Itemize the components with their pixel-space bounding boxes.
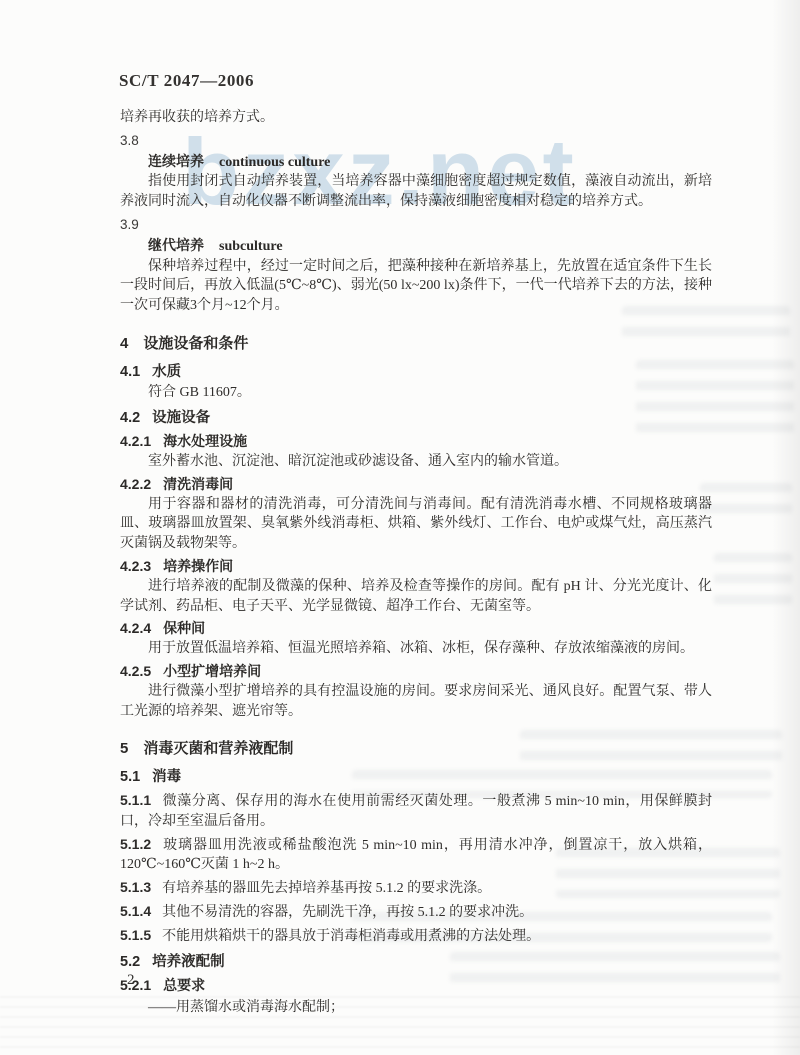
- clause-4.2: 4.2设施设备: [120, 409, 712, 429]
- txt: 设施设备: [152, 410, 210, 426]
- txt: 清洗消毒间: [163, 476, 233, 492]
- clause-4.2.2: 4.2.2清洗消毒间: [120, 475, 712, 495]
- num: 5.1.1: [120, 792, 151, 808]
- clause-4.2.4: 4.2.4保种间: [120, 619, 712, 639]
- clause-5.2: 5.2培养液配制: [120, 953, 712, 973]
- txt: 总要求: [163, 977, 205, 993]
- clause-5.1.5: 5.1.5不能用烘箱烘干的器具放于消毒柜消毒或用煮沸的方法处理。: [120, 926, 712, 947]
- standard-number-header: SC/T 2047—2006: [119, 71, 254, 91]
- txt: 保种间: [163, 620, 205, 636]
- txt: 有培养基的器皿先去掉培养基再按 5.1.2 的要求洗涤。: [162, 881, 491, 896]
- txt: 玻璃器皿用洗液或稀盐酸泡洗 5 min~10 min，再用清水冲净，倒置凉干，放…: [120, 838, 712, 873]
- clause-4: 4设施设备和条件: [120, 334, 712, 354]
- num: 5.1.3: [120, 879, 151, 895]
- num: 4.2: [120, 410, 140, 426]
- num: 4.2.4: [120, 620, 151, 636]
- num: 4.2.5: [120, 663, 151, 679]
- txt: 不能用烘箱烘干的器具放于消毒柜消毒或用煮沸的方法处理。: [162, 929, 540, 944]
- txt: 培养操作间: [163, 558, 233, 574]
- bleed-through-smudge: [714, 553, 792, 605]
- text-line: 进行微藻小型扩增培养的具有控温设施的房间。要求房间采光、通风良好。配置气泵、带人…: [120, 682, 712, 722]
- text-line: 室外蓄水池、沉淀池、暗沉淀池或砂滤设备、通入室内的输水管道。: [120, 452, 712, 472]
- clause-5: 5消毒灭菌和营养液配制: [120, 739, 712, 759]
- scanned-document-page: bzxz.net SC/T 2047—2006 培养再收获的培养方式。3.8连续…: [0, 0, 800, 1055]
- text-line: 3.9: [120, 215, 712, 235]
- num: 5.1.4: [120, 903, 151, 919]
- txt: 水质: [152, 364, 181, 380]
- clause-5.1.3: 5.1.3有培养基的器皿先去掉培养基再按 5.1.2 的要求洗涤。: [120, 878, 712, 899]
- term-zh: 继代培养: [148, 237, 204, 253]
- txt: 消毒: [152, 769, 181, 785]
- clause-5.1.1: 5.1.1微藻分离、保存用的海水在使用前需经灭菌处理。一般煮沸 5 min~10…: [120, 791, 712, 832]
- clause-5.1.4: 5.1.4其他不易清洗的容器，先刷洗干净，再按 5.1.2 的要求冲洗。: [120, 902, 712, 923]
- clause-4.2.5: 4.2.5小型扩增培养间: [120, 662, 712, 682]
- txt: 培养液配制: [152, 954, 225, 970]
- text-line: 用于容器和器材的清洗消毒，可分清洗间与消毒间。配有清洗消毒水槽、不同规格玻璃器皿…: [120, 495, 712, 554]
- num: 5.2: [120, 954, 140, 970]
- text-line: 符合 GB 11607。: [120, 383, 712, 403]
- term-en: continuous culture: [219, 155, 330, 170]
- num: 5.2.1: [120, 977, 151, 993]
- term-zh: 连续培养: [148, 153, 204, 169]
- clause-5.1.2: 5.1.2玻璃器皿用洗液或稀盐酸泡洗 5 min~10 min，再用清水冲净，倒…: [120, 835, 712, 876]
- num: 5.1: [120, 769, 140, 785]
- text-line: 用于放置低温培养箱、恒温光照培养箱、冰箱、冰柜，保存藻种、存放浓缩藻液的房间。: [120, 639, 712, 659]
- text-line: ——用蒸馏水或消毒海水配制；: [120, 998, 712, 1018]
- txt: 其他不易清洗的容器，先刷洗干净，再按 5.1.2 的要求冲洗。: [162, 905, 533, 920]
- text-line: 进行培养液的配制及微藻的保种、培养及检查等操作的房间。配有 pH 计、分光光度计…: [120, 577, 712, 617]
- txt: 海水处理设施: [163, 433, 247, 449]
- txt: 小型扩增培养间: [163, 663, 261, 679]
- txt: 设施设备和条件: [143, 335, 248, 352]
- num: 4: [120, 335, 128, 352]
- num: 5.1.5: [120, 927, 151, 943]
- text-line: 保种培养过程中，经过一定时间之后，把藻种接种在新培养基上，先放置在适宜条件下生长…: [120, 257, 712, 316]
- text-line: 培养再收获的培养方式。: [120, 108, 712, 128]
- clause-4.2.3: 4.2.3培养操作间: [120, 557, 712, 577]
- clause-4.2.1: 4.2.1海水处理设施: [120, 432, 712, 452]
- bleed-through-smudge: [700, 483, 792, 523]
- num: 5.1.2: [120, 836, 151, 852]
- txt: 微藻分离、保存用的海水在使用前需经灭菌处理。一般煮沸 5 min~10 min，…: [120, 794, 712, 829]
- txt: 消毒灭菌和营养液配制: [143, 740, 293, 757]
- page-number: 2: [127, 972, 135, 989]
- clause-5.2.1: 5.2.1总要求: [120, 976, 712, 996]
- num: 5: [120, 740, 128, 757]
- term-heading: 连续培养continuous culture: [120, 152, 712, 173]
- num: 4.2.1: [120, 433, 151, 449]
- num: 4.2.3: [120, 558, 151, 574]
- text-line: 指使用封闭式自动培养装置，当培养容器中藻细胞密度超过规定数值，藻液自动流出，新培…: [120, 172, 712, 212]
- num: 4.1: [120, 364, 140, 380]
- clause-5.1: 5.1消毒: [120, 768, 712, 788]
- num: 4.2.2: [120, 476, 151, 492]
- text-line: 3.8: [120, 131, 712, 151]
- clause-4.1: 4.1水质: [120, 363, 712, 383]
- term-en: subculture: [219, 239, 283, 254]
- term-heading: 继代培养subculture: [120, 236, 712, 257]
- document-content: 培养再收获的培养方式。3.8连续培养continuous culture指使用封…: [120, 106, 712, 1018]
